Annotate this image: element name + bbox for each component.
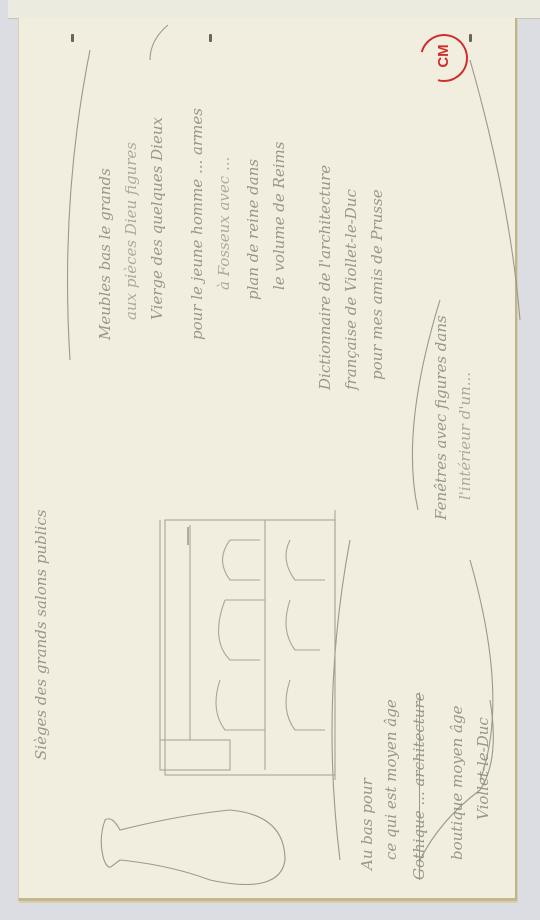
note-line: à Fosseux avec ...	[215, 157, 233, 290]
note-line: pour mes amis de Prusse	[368, 189, 386, 380]
note-line: Fenêtres avec figures dans	[432, 315, 450, 520]
note-line: aux pièces Dieu figures	[122, 142, 140, 320]
note-line: Sièges des grands salons publics	[32, 510, 50, 760]
binding-hole	[469, 34, 472, 42]
note-line: ce qui est moyen âge	[382, 699, 400, 860]
note-line: plan de reine dans	[244, 159, 262, 300]
note-line: le volume de Reims	[270, 142, 288, 290]
note-line: l'intérieur d'un...	[456, 372, 474, 500]
note-line: pour le jeune homme ... armes	[188, 108, 206, 340]
note-line: française de Viollet-le-Duc	[342, 189, 360, 390]
binding-hole	[71, 34, 74, 42]
collection-stamp-text: CM	[432, 38, 456, 74]
note-line: Viollet-le-Duc	[474, 717, 492, 820]
note-line: Meubles bas le grands	[96, 168, 114, 340]
note-line: Dictionnaire de l'architecture	[316, 165, 334, 390]
note-line: boutique moyen âge	[448, 706, 466, 860]
previous-page-edge	[8, 0, 540, 19]
binding-hole	[209, 34, 212, 42]
note-line-struck: Gothique ... architecture	[410, 693, 428, 881]
note-line: Au bas pour	[358, 778, 376, 870]
note-line: Vierge des quelques Dieux	[148, 117, 166, 320]
